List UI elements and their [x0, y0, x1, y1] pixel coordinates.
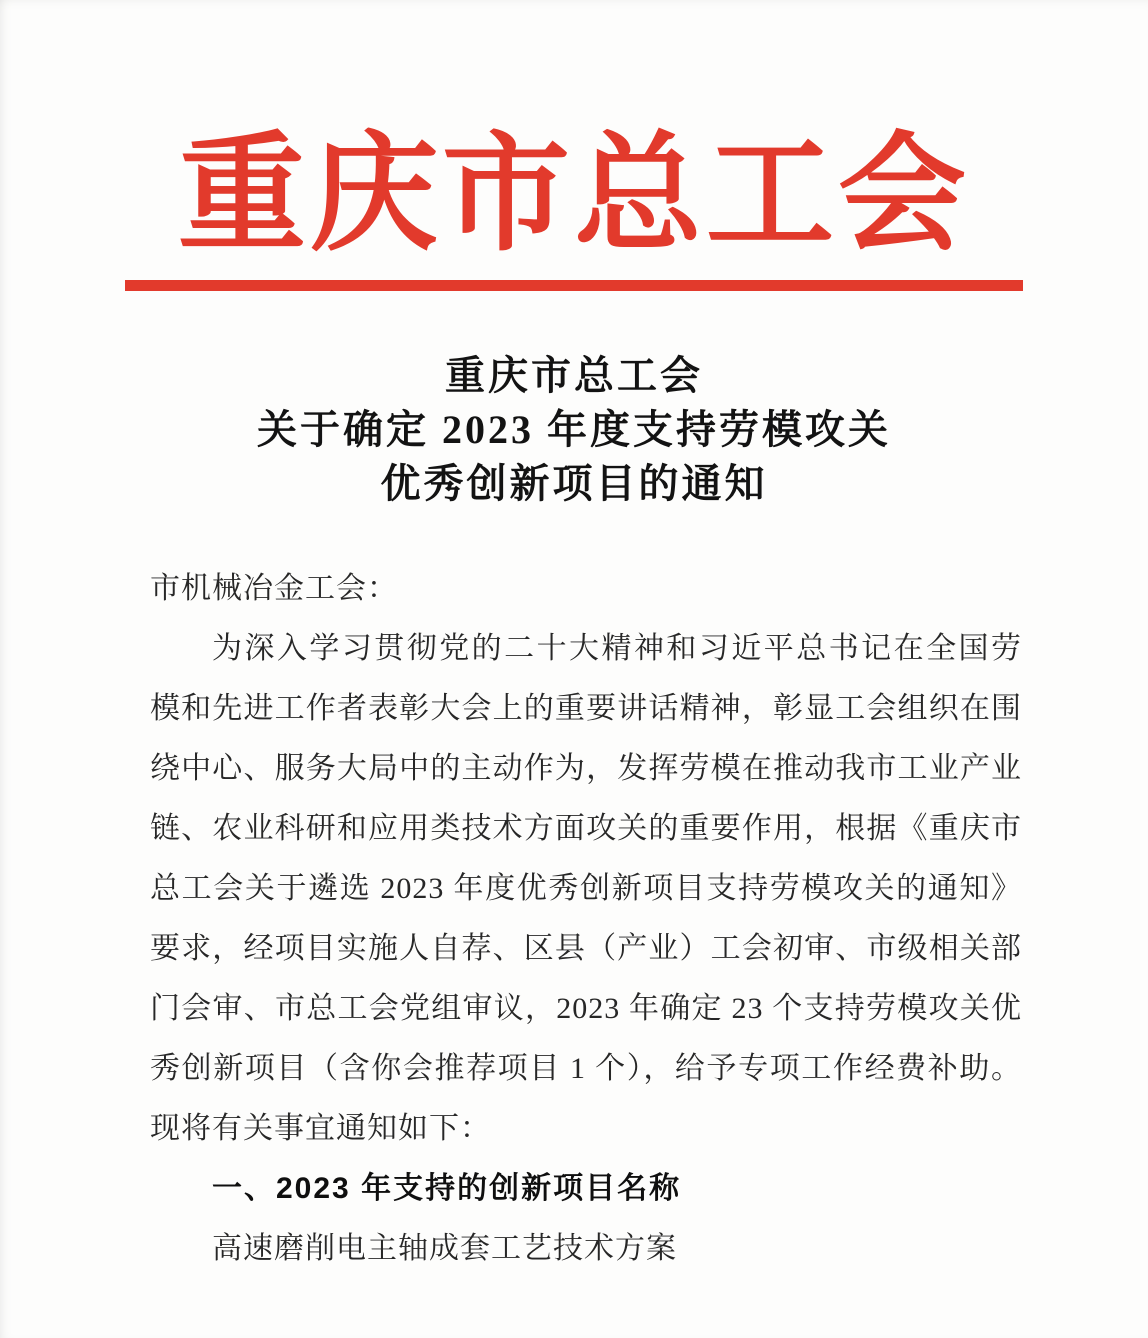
section-heading: 一、2023 年支持的创新项目名称	[150, 1159, 1022, 1219]
paragraph-line-7: 门会审、市总工会党组审议，2023 年确定 23 个支持劳模攻关优	[150, 979, 1022, 1039]
project-name: 高速磨削电主轴成套工艺技术方案	[150, 1219, 1022, 1279]
paragraph-line-2: 模和先进工作者表彰大会上的重要讲话精神，彰显工会组织在围	[150, 679, 1022, 739]
paragraph-line-8: 秀创新项目（含你会推荐项目 1 个），给予专项工作经费补助。	[150, 1039, 1022, 1099]
letterhead-divider	[125, 280, 1023, 291]
salutation: 市机械冶金工会：	[150, 559, 1022, 619]
letterhead-title: 重庆市总工会	[0, 0, 1148, 264]
document-page: 重庆市总工会 重庆市总工会 关于确定 2023 年度支持劳模攻关 优秀创新项目的…	[0, 0, 1148, 1338]
document-title-line-3: 优秀创新项目的通知	[0, 457, 1148, 511]
document-title-line-1: 重庆市总工会	[0, 349, 1148, 403]
paragraph-line-3: 绕中心、服务大局中的主动作为，发挥劳模在推动我市工业产业	[150, 739, 1022, 799]
paragraph-line-1: 为深入学习贯彻党的二十大精神和习近平总书记在全国劳	[150, 619, 1022, 679]
paragraph-line-9: 现将有关事宜通知如下：	[150, 1099, 1022, 1159]
paragraph-line-4: 链、农业科研和应用类技术方面攻关的重要作用，根据《重庆市	[150, 799, 1022, 859]
document-title-line-2: 关于确定 2023 年度支持劳模攻关	[0, 403, 1148, 457]
document-body: 市机械冶金工会： 为深入学习贯彻党的二十大精神和习近平总书记在全国劳 模和先进工…	[150, 559, 1022, 1279]
paragraph-line-5: 总工会关于遴选 2023 年度优秀创新项目支持劳模攻关的通知》	[150, 859, 1022, 919]
paragraph-line-6: 要求，经项目实施人自荐、区县（产业）工会初审、市级相关部	[150, 919, 1022, 979]
document-title: 重庆市总工会 关于确定 2023 年度支持劳模攻关 优秀创新项目的通知	[0, 349, 1148, 511]
